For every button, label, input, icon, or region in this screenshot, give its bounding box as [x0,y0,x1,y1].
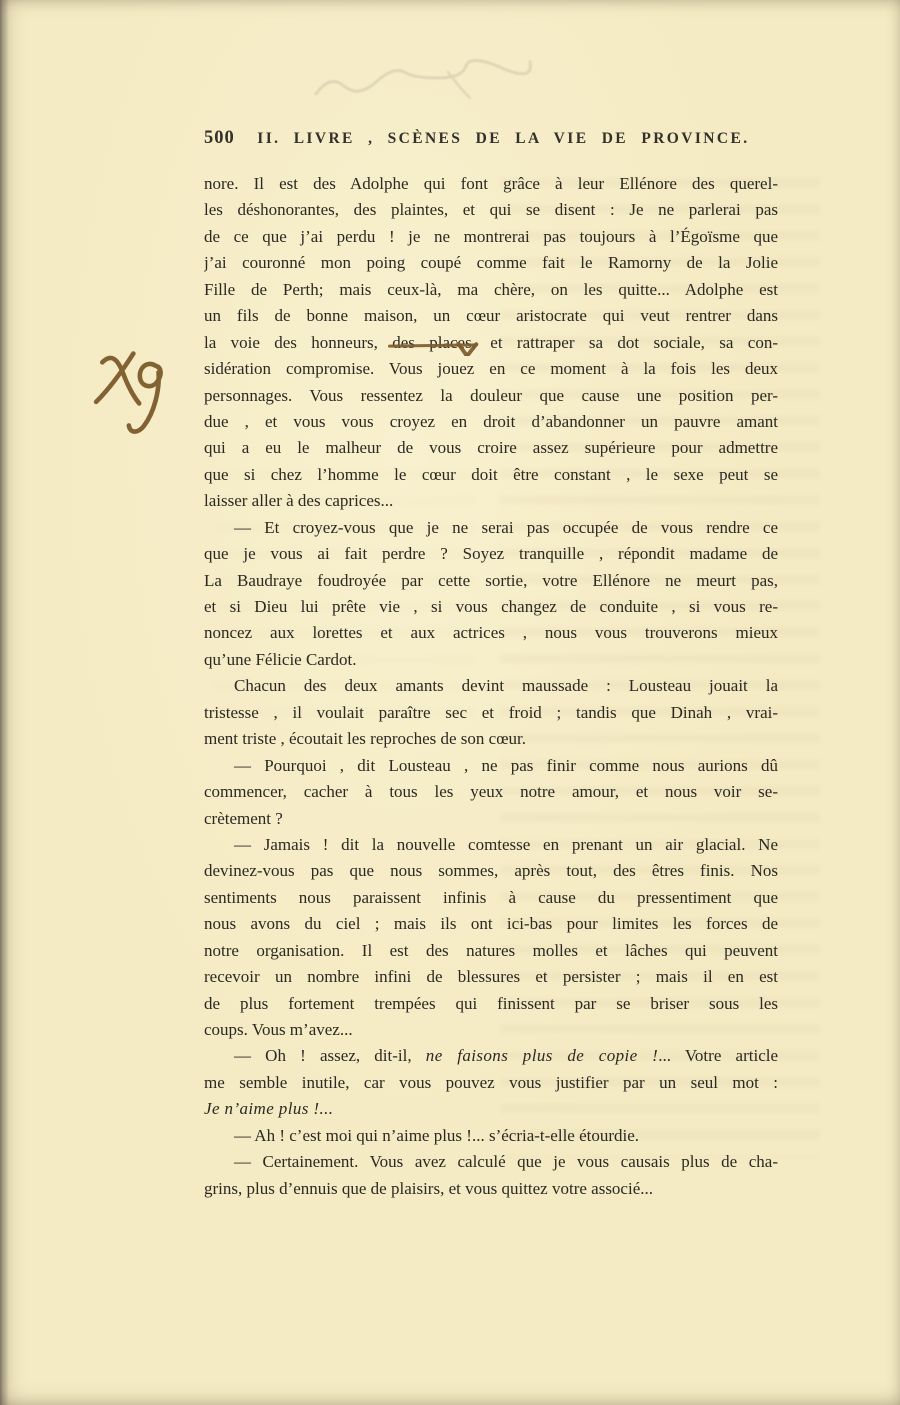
text-line: grins, plus d’ennuis que de plaisirs, et… [204,1176,778,1202]
text-segment: que si chez l’homme le cœur doit être co… [204,465,778,484]
paragraph: Chacun des deux amants devint maussade :… [204,673,778,752]
text-line: sidération compromise. Vous jouez en ce … [204,356,778,382]
text-line: — Et croyez-vous que je ne serai pas occ… [204,515,778,541]
text-line: personnages. Vous ressentez la douleur q… [204,383,778,409]
text-line: de plus fortement trempées qui finissent… [204,991,778,1017]
text-segment: Fille de Perth; mais ceux-là, ma chère, … [204,280,778,299]
text-segment: un fils de bonne maison, un cœur aristoc… [204,306,778,325]
text-line: — Pourquoi , dit Lousteau , ne pas finir… [204,753,778,779]
text-segment: ment triste , écoutait les reproches de … [204,729,526,748]
text-line: me semble inutile, car vous pouvez vous … [204,1070,778,1096]
text-segment: ne faisons plus de copie ! [426,1046,658,1065]
text-line: et si Dieu lui prête vie , si vous chang… [204,594,778,620]
text-line: qui a eu le malheur de vous croire assez… [204,435,778,461]
text-line: ment triste , écoutait les reproches de … [204,726,778,752]
text-line: — Certainement. Vous avez calculé que je… [204,1149,778,1175]
text-segment: qu’une Félicie Cardot. [204,650,357,669]
text-line: Fille de Perth; mais ceux-là, ma chère, … [204,277,778,303]
text-line: — Ah ! c’est moi qui n’aime plus !... s’… [204,1123,778,1149]
text-line: notre organisation. Il est des natures m… [204,938,778,964]
paragraph: — Oh ! assez, dit-il, ne faisons plus de… [204,1043,778,1122]
paragraph: — Ah ! c’est moi qui n’aime plus !... s’… [204,1123,778,1149]
text-segment: personnages. Vous ressentez la douleur q… [204,386,778,405]
text-line: la voie des honneurs, des places, et rat… [204,330,778,356]
text-segment: qui a eu le malheur de vous croire assez… [204,438,778,457]
text-segment: — Pourquoi , dit Lousteau , ne pas finir… [234,756,778,775]
paragraph: — Pourquoi , dit Lousteau , ne pas finir… [204,753,778,832]
paragraph: — Certainement. Vous avez calculé que je… [204,1149,778,1202]
text-segment: — Et croyez-vous que je ne serai pas occ… [234,518,778,537]
text-segment: sidération compromise. Vous jouez en ce … [204,359,778,378]
text-line: sentiments nous paraissent infinis à cau… [204,885,778,911]
text-segment: nore. Il est des Adolphe qui font grâce … [204,174,778,193]
text-line: qu’une Félicie Cardot. [204,647,778,673]
text-segment: sentiments nous paraissent infinis à cau… [204,888,778,907]
text-segment: nous avons du ciel ; mais ils ont ici-ba… [204,914,778,933]
text-segment: crètement ? [204,809,283,828]
text-segment: ... Votre article [658,1046,778,1065]
text-line: nore. Il est des Adolphe qui font grâce … [204,171,778,197]
body-text: nore. Il est des Adolphe qui font grâce … [204,171,778,1202]
text-line: Je n’aime plus !... [204,1096,778,1122]
text-segment: due , et vous vous croyez en droit d’aba… [204,412,778,431]
text-segment: que je vous ai fait perdre ? Soyez tranq… [204,544,778,563]
text-line: crètement ? [204,806,778,832]
faint-handwriting-ghost [298,42,568,122]
text-line: laisser aller à des caprices... [204,488,778,514]
text-line: les déshonorantes, des plaintes, et qui … [204,197,778,223]
text-segment: de plus fortement trempées qui finissent… [204,994,778,1013]
text-line: que si chez l’homme le cœur doit être co… [204,462,778,488]
text-line: noncez aux lorettes et aux actrices , no… [204,620,778,646]
text-line: j’ai couronné mon poing coupé comme fait… [204,250,778,276]
text-line: devinez-vous pas que nous sommes, après … [204,858,778,884]
text-segment: commencer, cacher à tous les yeux notre … [204,782,778,801]
text-line: — Oh ! assez, dit-il, ne faisons plus de… [204,1043,778,1069]
page-number: 500 [204,128,235,149]
text-line: recevoir un nombre infini de blessures e… [204,964,778,990]
text-line: Chacun des deux amants devint maussade :… [204,673,778,699]
book-page-scan: 500 II. LIVRE , SCÈNES DE LA VIE DE PROV… [0,0,900,1405]
text-line: La Baudraye foudroyée par cette sortie, … [204,568,778,594]
text-segment: la voie des honneurs, [204,333,392,352]
text-segment: et rattraper sa dot sociale, sa con- [476,333,778,352]
text-segment: Je n’aime plus !... [204,1099,333,1118]
text-line: commencer, cacher à tous les yeux notre … [204,779,778,805]
text-line: coups. Vous m’avez... [204,1017,778,1043]
text-segment: laisser aller à des caprices... [204,491,393,510]
text-segment: et si Dieu lui prête vie , si vous chang… [204,597,778,616]
running-title: II. LIVRE , SCÈNES DE LA VIE DE PROVINCE… [235,130,778,148]
text-segment: noncez aux lorettes et aux actrices , no… [204,623,778,642]
running-head: 500 II. LIVRE , SCÈNES DE LA VIE DE PROV… [204,128,778,149]
text-line: un fils de bonne maison, un cœur aristoc… [204,303,778,329]
text-segment: La Baudraye foudroyée par cette sortie, … [204,571,778,590]
text-segment: de ce que j’ai perdu ! je ne montrerai p… [204,227,778,246]
text-segment: tristesse , il voulait paraître sec et f… [204,703,778,722]
text-line: tristesse , il voulait paraître sec et f… [204,700,778,726]
text-segment: me semble inutile, car vous pouvez vous … [204,1073,778,1092]
text-segment: les déshonorantes, des plaintes, et qui … [204,200,778,219]
text-segment: j’ai couronné mon poing coupé comme fait… [204,253,778,272]
paragraph: — Jamais ! dit la nouvelle comtesse en p… [204,832,778,1044]
text-line: que je vous ai fait perdre ? Soyez tranq… [204,541,778,567]
text-segment: recevoir un nombre infini de blessures e… [204,967,778,986]
text-segment: — Jamais ! dit la nouvelle comtesse en p… [234,835,778,854]
text-segment: devinez-vous pas que nous sommes, après … [204,861,778,880]
text-line: de ce que j’ai perdu ! je ne montrerai p… [204,224,778,250]
text-segment: Chacun des deux amants devint maussade :… [234,676,778,695]
text-line: nous avons du ciel ; mais ils ont ici-ba… [204,911,778,937]
text-line: — Jamais ! dit la nouvelle comtesse en p… [204,832,778,858]
text-segment: grins, plus d’ennuis que de plaisirs, et… [204,1179,653,1198]
text-segment: — Ah ! c’est moi qui n’aime plus !... s’… [234,1126,639,1145]
margin-handwritten-mark [80,325,191,447]
text-segment: — Certainement. Vous avez calculé que je… [234,1152,778,1171]
text-segment: coups. Vous m’avez... [204,1020,353,1039]
text-segment: — Oh ! assez, dit-il, [234,1046,426,1065]
text-line: due , et vous vous croyez en droit d’aba… [204,409,778,435]
text-segment: notre organisation. Il est des natures m… [204,941,778,960]
paragraph: — Et croyez-vous que je ne serai pas occ… [204,515,778,674]
paragraph: nore. Il est des Adolphe qui font grâce … [204,171,778,515]
